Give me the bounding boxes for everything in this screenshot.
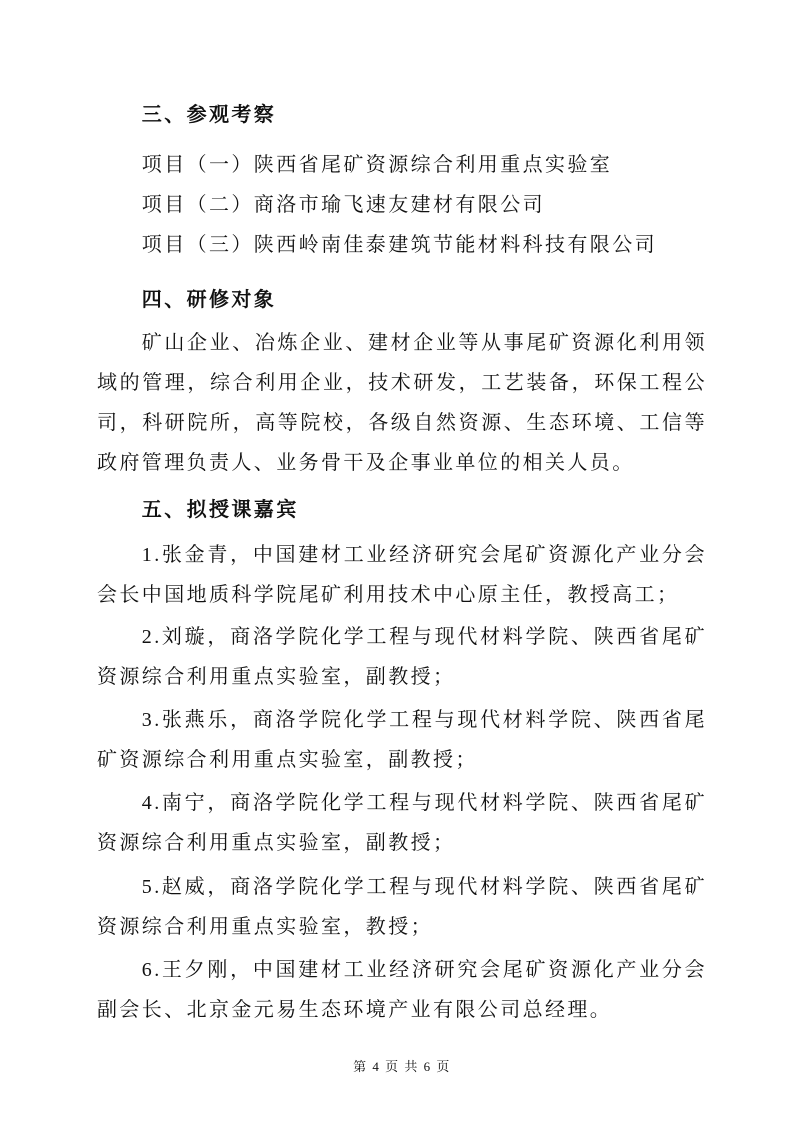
section-heading-proposed-lecturers: 五、拟授课嘉宾 <box>97 496 707 524</box>
project-list: 项目（一）陕西省尾矿资源综合利用重点实验室 项目（二）商洛市瑜飞速友建材有限公司… <box>97 145 707 265</box>
speaker-item-3: 3.张燕乐，商洛学院化学工程与现代材料学院、陕西省尾矿资源综合利用重点实验室，副… <box>97 700 707 780</box>
document-page: 三、参观考察 项目（一）陕西省尾矿资源综合利用重点实验室 项目（二）商洛市瑜飞速… <box>0 0 800 1131</box>
document-content: 三、参观考察 项目（一）陕西省尾矿资源综合利用重点实验室 项目（二）商洛市瑜飞速… <box>97 101 707 1076</box>
speaker-item-2: 2.刘璇，商洛学院化学工程与现代材料学院、陕西省尾矿资源综合利用重点实验室，副教… <box>97 617 707 697</box>
audience-paragraph: 矿山企业、冶炼企业、建材企业等从事尾矿资源化利用领域的管理，综合利用企业，技术研… <box>97 323 707 483</box>
project-item-2: 项目（二）商洛市瑜飞速友建材有限公司 <box>97 185 707 225</box>
project-item-1: 项目（一）陕西省尾矿资源综合利用重点实验室 <box>97 145 707 185</box>
speaker-item-4: 4.南宁，商洛学院化学工程与现代材料学院、陕西省尾矿资源综合利用重点实验室，副教… <box>97 783 707 863</box>
speaker-item-5: 5.赵威，商洛学院化学工程与现代材料学院、陕西省尾矿资源综合利用重点实验室，教授… <box>97 867 707 947</box>
section-heading-visit-inspection: 三、参观考察 <box>97 101 707 129</box>
page-number-indicator: 第 4 页 共 6 页 <box>97 1058 707 1076</box>
speaker-item-1: 1.张金青，中国建材工业经济研究会尾矿资源化产业分会会长中国地质科学院尾矿利用技… <box>97 535 707 615</box>
speaker-item-6: 6.王夕刚，中国建材工业经济研究会尾矿资源化产业分会副会长、北京金元易生态环境产… <box>97 950 707 1030</box>
project-item-3: 项目（三）陕西岭南佳泰建筑节能材料科技有限公司 <box>97 225 707 265</box>
section-heading-training-audience: 四、研修对象 <box>97 286 707 314</box>
